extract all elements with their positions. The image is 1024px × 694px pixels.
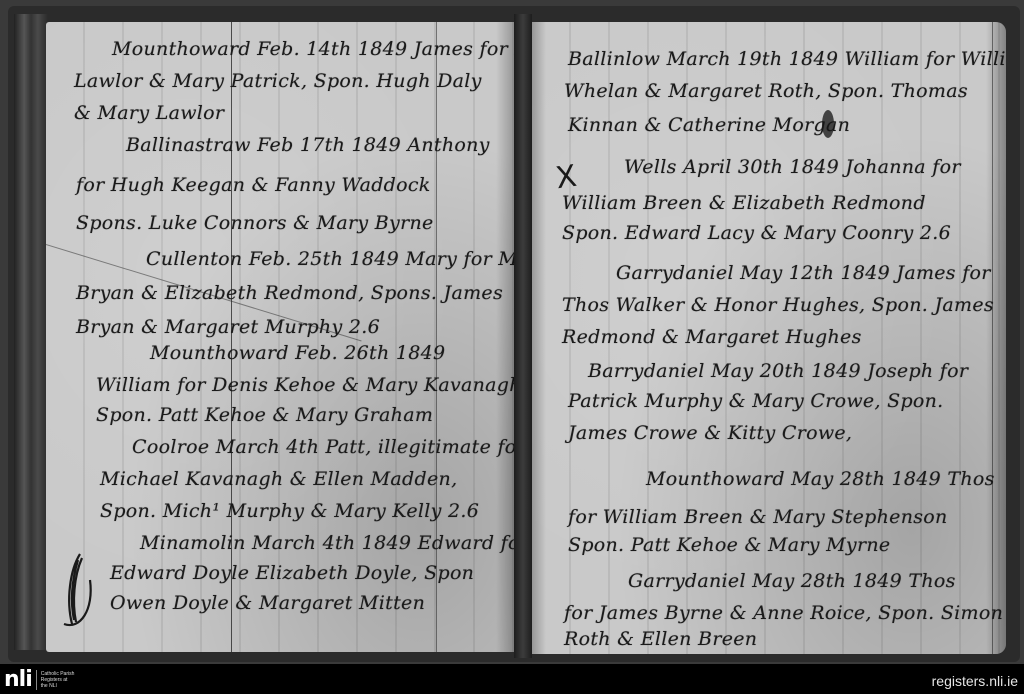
nli-logo[interactable]: nli Catholic Parish Registers at the NLI [4, 669, 75, 691]
register-line: for Hugh Keegan & Fanny Waddock [76, 174, 431, 196]
register-line: Barrydaniel May 20th 1849 Joseph for [588, 360, 968, 382]
register-line: Mounthoward Feb. 26th 1849 [150, 342, 445, 364]
register-line: Bryan & Margaret Murphy 2.6 [76, 316, 380, 338]
register-line: for James Byrne & Anne Roice, Spon. Simo… [564, 602, 1003, 624]
register-line: Lawlor & Mary Patrick, Spon. Hugh Daly [74, 70, 482, 92]
ink-blot [822, 110, 834, 138]
book-spine-edge [14, 14, 48, 650]
register-line: James Crowe & Kitty Crowe, [568, 422, 852, 444]
register-line: Thos Walker & Honor Hughes, Spon. James [562, 294, 994, 316]
register-line: Spons. Luke Connors & Mary Byrne [76, 212, 434, 234]
register-line: Ballinastraw Feb 17th 1849 Anthony [126, 134, 490, 156]
register-line: Bryan & Elizabeth Redmond, Spons. James [76, 282, 503, 304]
register-line: & Mary Lawlor [74, 102, 224, 124]
nli-logo-caption: Catholic Parish Registers at the NLI [41, 671, 75, 689]
book-gutter [514, 14, 532, 658]
ruled-line [992, 22, 993, 654]
site-url-link[interactable]: registers.nli.ie [932, 673, 1018, 689]
register-line: Ballinlow March 19th 1849 William for Wi… [568, 48, 1006, 70]
register-line: Roth & Ellen Breen [564, 628, 757, 650]
register-line: William for Denis Kehoe & Mary Kavanagh [96, 374, 514, 396]
register-line: Coolroe March 4th Patt, illegitimate for [132, 436, 514, 458]
register-line: Spon. Patt Kehoe & Mary Myrne [568, 534, 890, 556]
right-page: Ballinlow March 19th 1849 William for Wi… [532, 22, 1006, 654]
register-line: Wells April 30th 1849 Johanna for [624, 156, 961, 178]
margin-x-mark: X [554, 159, 579, 197]
register-line: Edward Doyle Elizabeth Doyle, Spon [110, 562, 474, 584]
register-line: Garrydaniel May 12th 1849 James for [616, 262, 991, 284]
register-line: Mounthoward May 28th 1849 Thos [646, 468, 995, 490]
register-line: Garrydaniel May 28th 1849 Thos [628, 570, 956, 592]
register-line: Mounthoward Feb. 14th 1849 James for Mic… [112, 38, 514, 60]
register-line: Owen Doyle & Margaret Mitten [110, 592, 425, 614]
register-line: Spon. Patt Kehoe & Mary Graham [96, 404, 433, 426]
register-line: Redmond & Margaret Hughes [562, 326, 862, 348]
register-line: Cullenton Feb. 25th 1849 Mary for Mich¹ [146, 248, 514, 270]
register-line: Patrick Murphy & Mary Crowe, Spon. [568, 390, 944, 412]
nli-logo-mark: nli [4, 669, 32, 691]
register-line: Michael Kavanagh & Ellen Madden, [100, 468, 457, 490]
image-viewer[interactable]: Mounthoward Feb. 14th 1849 James for Mic… [0, 0, 1024, 664]
register-line: Whelan & Margaret Roth, Spon. Thomas [564, 80, 968, 102]
footer-bar [0, 664, 1024, 694]
left-page: Mounthoward Feb. 14th 1849 James for Mic… [46, 22, 514, 652]
register-line: Kinnan & Catherine Morgan [568, 114, 850, 136]
register-line: Spon. Mich¹ Murphy & Mary Kelly 2.6 [100, 500, 479, 522]
register-line: Minamolin March 4th 1849 Edward for [140, 532, 514, 554]
margin-scribble-icon [60, 550, 96, 630]
ruled-line [436, 22, 437, 652]
register-line: Spon. Edward Lacy & Mary Coonry 2.6 [562, 222, 951, 244]
logo-divider [36, 670, 37, 690]
register-line: William Breen & Elizabeth Redmond [562, 192, 926, 214]
register-line: for William Breen & Mary Stephenson [568, 506, 948, 528]
